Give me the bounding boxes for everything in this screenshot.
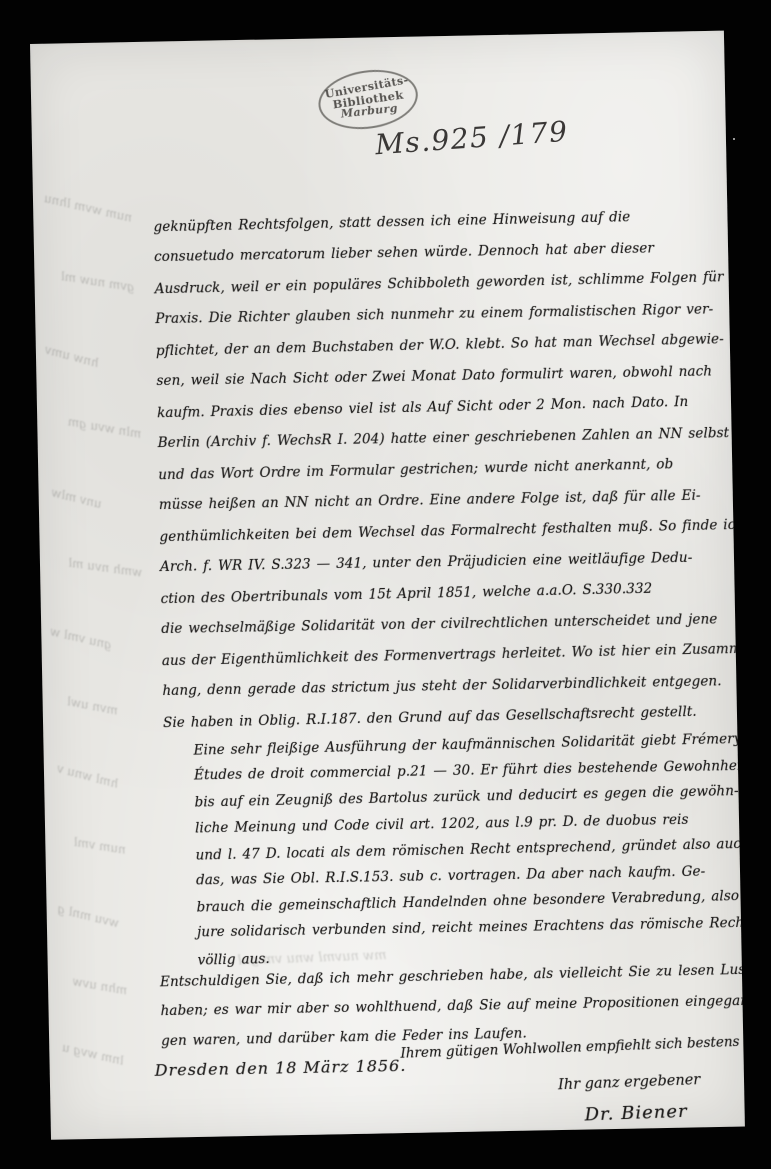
paragraph-2-indented: Eine sehr fleißige Ausführung der kaufmä… — [193, 726, 745, 973]
dateline: Dresden den 18 März 1856. — [155, 1056, 407, 1080]
verso-bleedthrough-mark: num vml — [73, 835, 127, 857]
manuscript-page: Universitäts- Bibliothek Marburg Ms.925 … — [30, 31, 745, 1140]
signature: Dr. Biener — [584, 1101, 688, 1126]
verso-bleedthrough-mark: wmh nvu ml — [67, 556, 143, 580]
paragraph-1: geknüpften Rechtsfolgen, statt dessen ic… — [153, 200, 745, 739]
verso-bleedthrough-mark: gvm nuw ml — [60, 269, 136, 294]
verso-bleedthrough-mark: num wvm lhnu — [43, 191, 134, 225]
verso-bleedthrough-mark: hml wnu v — [55, 761, 120, 791]
verso-bleedthrough-mark: hnw umv — [43, 342, 100, 370]
verso-bleedthrough-mark: mvn uwl — [66, 694, 119, 717]
verso-bleedthrough-mark: mhn uvw — [71, 974, 128, 997]
library-stamp: Universitäts- Bibliothek Marburg — [315, 64, 422, 136]
verso-bleedthrough-mark: mln wvu gm — [67, 414, 143, 441]
verso-bleedthrough-mark: gnu vml w — [49, 624, 114, 652]
valediction: Ihr ganz ergebener — [558, 1072, 701, 1093]
photo-background: Universitäts- Bibliothek Marburg Ms.925 … — [0, 0, 771, 1169]
verso-bleedthrough-mark: lnm wvg u — [61, 1040, 126, 1068]
dust-speck — [733, 138, 735, 140]
verso-bleedthrough-mark: unv mlw — [50, 485, 103, 511]
verso-bleedthrough-mark: wvu mnl g — [56, 902, 121, 931]
shelfmark: Ms.925 /179 — [374, 115, 570, 162]
